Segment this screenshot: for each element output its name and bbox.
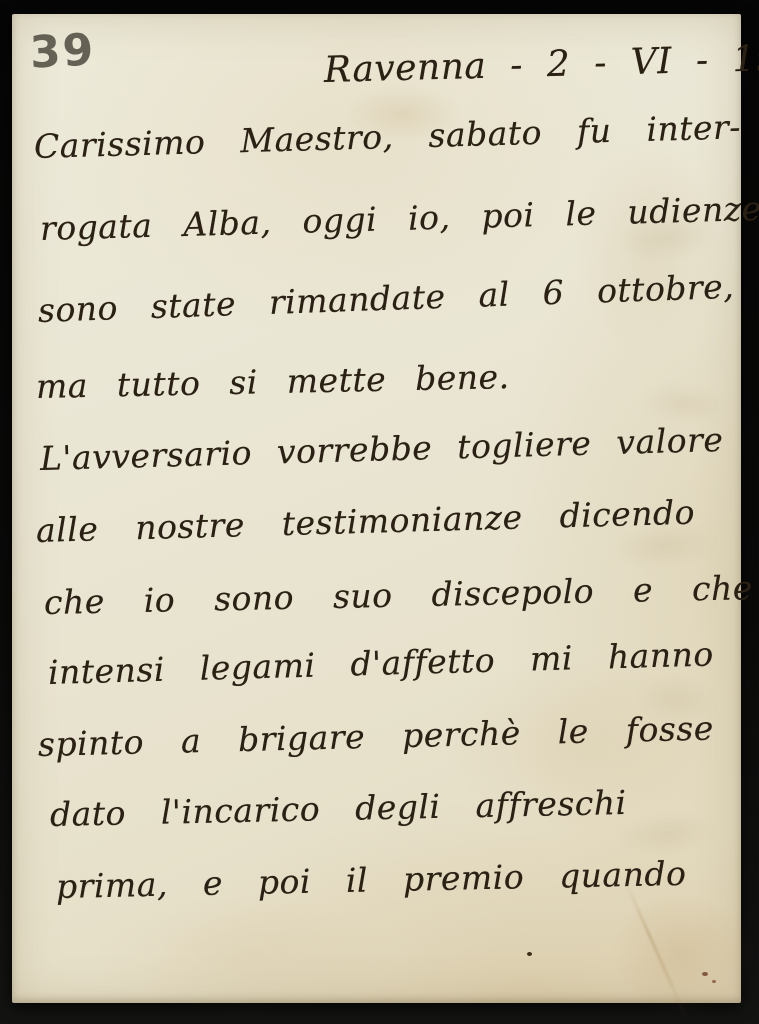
photograph-frame: 39 Ravenna - 2 - VI - 1924 Carissimo Mae… bbox=[0, 0, 759, 1024]
archival-page-number: 39 bbox=[29, 24, 97, 78]
manuscript-line: dato l'incarico degli affreschi bbox=[50, 782, 627, 835]
paper-stain bbox=[92, 894, 392, 1014]
paper-stain bbox=[572, 134, 722, 354]
manuscript-line: prima, e poi il premio quando bbox=[56, 853, 687, 907]
manuscript-line: intensi legami d'affetto mi hanno bbox=[47, 633, 714, 693]
manuscript-line: sono state rimandate al 6 ottobre, bbox=[37, 266, 735, 332]
manuscript-line: L'avversario vorrebbe togliere valore bbox=[39, 419, 724, 479]
manuscript-line: ma tutto si mette bene. bbox=[36, 356, 510, 407]
manuscript-line: alle nostre testimonianze dicendo bbox=[35, 492, 695, 552]
ink-speck bbox=[527, 952, 532, 956]
date-line: Ravenna - 2 - VI - 1924 bbox=[323, 35, 759, 93]
ink-speck bbox=[712, 980, 716, 983]
manuscript-line: spinto a brigare perchè le fosse bbox=[37, 707, 714, 765]
manuscript-line: Carissimo Maestro, sabato fu inter- bbox=[33, 106, 741, 167]
letter-page: 39 Ravenna - 2 - VI - 1924 Carissimo Mae… bbox=[12, 14, 741, 1003]
paper-scratch bbox=[624, 880, 688, 1018]
manuscript-line: che io sono suo discepolo e che bbox=[44, 567, 754, 623]
manuscript-line: rogata Alba, oggi io, poi le udienze bbox=[39, 188, 759, 249]
paper-stain bbox=[612, 894, 752, 1014]
ink-speck bbox=[702, 972, 708, 976]
